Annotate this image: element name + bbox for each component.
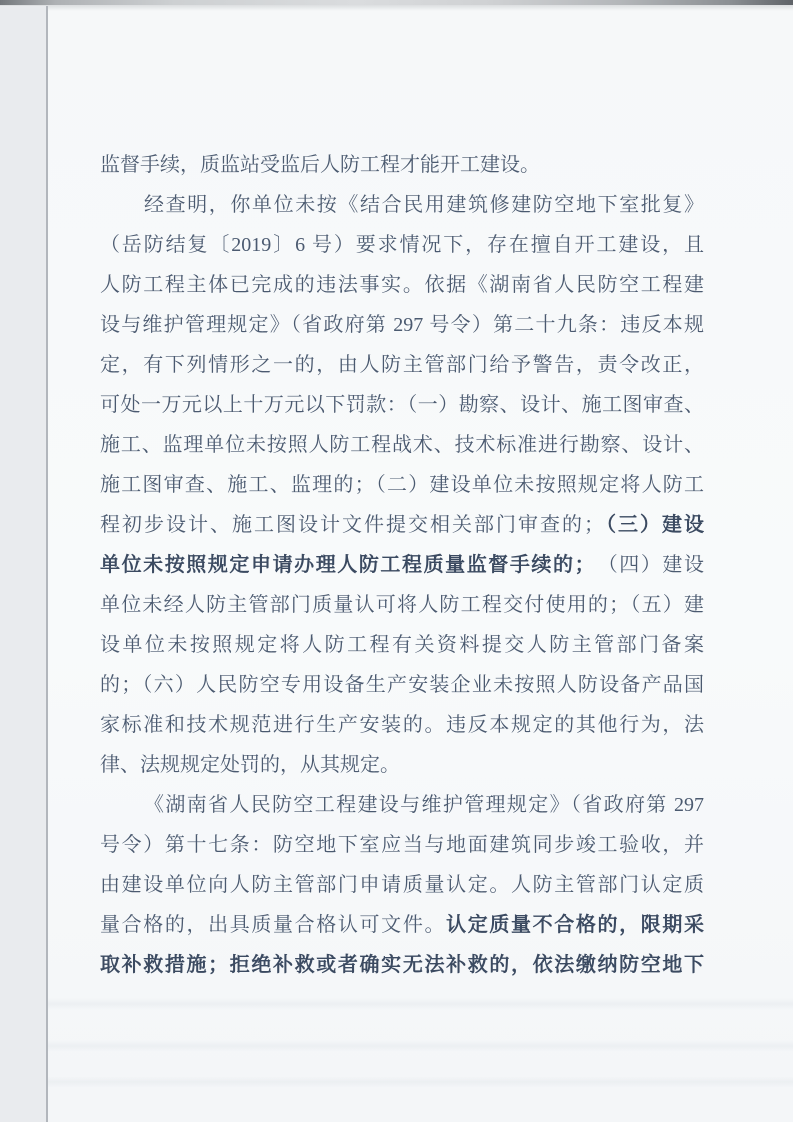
- text-line: 设与维护管理规定》（省政府第 297 号令）第二十九条：违反本规: [100, 305, 704, 345]
- scan-streak: [48, 998, 793, 1010]
- text-line: 的；（六）人民防空专用设备生产安装企业未按照人防设备产品国: [100, 665, 704, 705]
- text-line: 定，有下列情形之一的，由人防主管部门给予警告，责令改正，: [100, 345, 704, 385]
- text-segment-bold: 单位未按照规定申请办理人防工程质量监督手续的；: [100, 554, 585, 576]
- text-segment-bold: （三）建设: [604, 514, 704, 536]
- text-line: 监督手续，质监站受监后人防工程才能开工建设。: [100, 145, 704, 185]
- text-line: 人防工程主体已完成的违法事实。依据《湖南省人民防空工程建: [100, 265, 704, 305]
- text-segment: （四）建设: [585, 554, 704, 576]
- text-line: 施工、监理单位未按照人防工程战术、技术标准进行勘察、设计、: [100, 425, 704, 465]
- text-line: 施工图审查、施工、监理的；（二）建设单位未按照规定将人防工: [100, 465, 704, 505]
- text-segment: 定，有下列情形之一的，由人防主管部门给予警告，责令改正，: [100, 354, 704, 376]
- text-segment: 经查明，你单位未按《结合民用建筑修建防空地下室批复》: [144, 194, 704, 216]
- text-line: （岳防结复〔2019〕6 号）要求情况下，存在擅自开工建设，且: [100, 225, 704, 265]
- text-segment: 号令）第十七条：防空地下室应当与地面建筑同步竣工验收，并: [100, 834, 704, 856]
- text-line: 可处一万元以上十万元以下罚款：（一）勘察、设计、施工图审查、: [100, 385, 704, 425]
- text-segment: 施工、监理单位未按照人防工程战术、技术标准进行勘察、设计、: [100, 434, 704, 456]
- text-line: 量合格的，出具质量合格认可文件。认定质量不合格的，限期采: [100, 905, 704, 945]
- text-line: 家标准和技术规范进行生产安装的。违反本规定的其他行为，法: [100, 705, 704, 745]
- text-segment: 可处一万元以上十万元以下罚款：（一）勘察、设计、施工图审查、: [100, 394, 704, 416]
- document-body-text: 监督手续，质监站受监后人防工程才能开工建设。 经查明，你单位未按《结合民用建筑修…: [100, 145, 704, 985]
- text-line: 单位未按照规定申请办理人防工程质量监督手续的； （四）建设: [100, 545, 704, 585]
- text-segment-bold: 认定质量不合格的，限期采: [446, 914, 704, 936]
- scanned-document-page: 监督手续，质监站受监后人防工程才能开工建设。 经查明，你单位未按《结合民用建筑修…: [0, 0, 793, 1122]
- text-segment: 由建设单位向人防主管部门申请质量认定。人防主管部门认定质: [100, 874, 704, 896]
- scan-left-margin-strip: [0, 6, 48, 1122]
- scan-streak: [48, 1040, 793, 1052]
- scan-streak: [48, 1076, 793, 1088]
- text-segment: 监督手续，质监站受监后人防工程才能开工建设。: [100, 154, 540, 176]
- text-segment: （岳防结复〔2019〕6 号）要求情况下，存在擅自开工建设，且: [100, 234, 704, 256]
- text-line: 经查明，你单位未按《结合民用建筑修建防空地下室批复》: [100, 185, 704, 225]
- text-line: 《湖南省人民防空工程建设与维护管理规定》（省政府第 297: [100, 785, 704, 825]
- text-segment: 家标准和技术规范进行生产安装的。违反本规定的其他行为，法: [100, 714, 704, 736]
- text-segment: 设单位未按照规定将人防工程有关资料提交人防主管部门备案: [100, 634, 704, 656]
- text-line: 由建设单位向人防主管部门申请质量认定。人防主管部门认定质: [100, 865, 704, 905]
- text-segment: 施工图审查、施工、监理的；（二）建设单位未按照规定将人防工: [100, 474, 704, 496]
- text-segment: 单位未经人防主管部门质量认可将人防工程交付使用的；（五）建: [100, 594, 704, 616]
- text-segment: 人防工程主体已完成的违法事实。依据《湖南省人民防空工程建: [100, 274, 704, 296]
- text-line: 取补救措施；拒绝补救或者确实无法补救的，依法缴纳防空地下: [100, 945, 704, 985]
- text-segment: 设与维护管理规定》（省政府第 297 号令）第二十九条：违反本规: [100, 314, 704, 336]
- text-segment: 程初步设计、施工图设计文件提交相关部门审查的；: [100, 514, 604, 536]
- text-segment: 律、法规规定处罚的，从其规定。: [100, 754, 400, 776]
- text-segment-bold: 取补救措施；拒绝补救或者确实无法补救的，依法缴纳防空地下: [100, 954, 704, 976]
- text-line: 设单位未按照规定将人防工程有关资料提交人防主管部门备案: [100, 625, 704, 665]
- scan-top-edge-shadow: [0, 5, 793, 11]
- text-line: 号令）第十七条：防空地下室应当与地面建筑同步竣工验收，并: [100, 825, 704, 865]
- text-segment: 《湖南省人民防空工程建设与维护管理规定》（省政府第 297: [144, 794, 704, 816]
- text-segment: 量合格的，出具质量合格认可文件。: [100, 914, 446, 936]
- text-line: 单位未经人防主管部门质量认可将人防工程交付使用的；（五）建: [100, 585, 704, 625]
- text-segment: 的；（六）人民防空专用设备生产安装企业未按照人防设备产品国: [100, 674, 704, 696]
- text-line: 程初步设计、施工图设计文件提交相关部门审查的；（三）建设: [100, 505, 704, 545]
- text-line: 律、法规规定处罚的，从其规定。: [100, 745, 704, 785]
